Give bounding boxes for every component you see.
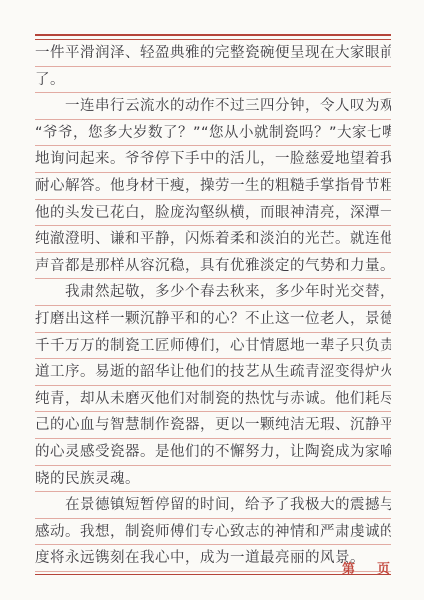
manuscript-line: 感动。我想，制瓷师傅们专心致志的神情和严肃虔诚的态 [35,519,391,546]
manuscript-line: 一连串行云流水的动作不过三四分钟，令人叹为观止。 [35,93,391,120]
page-suffix-label: 页 [377,562,390,577]
manuscript-line: 千千万万的制瓷工匠师傅们，心甘情愿地一辈子只负责一 [35,333,391,360]
manuscript-line: “爷爷，您多大岁数了？”“您从小就制瓷吗？”大家七嘴八舌 [35,120,391,147]
ruled-lines-block: 一件平滑润泽、轻盈典雅的完整瓷碗便呈现在大家眼前 了。 一连串行云流水的动作不过… [35,40,391,572]
manuscript-page: 一件平滑润泽、轻盈典雅的完整瓷碗便呈现在大家眼前 了。 一连串行云流水的动作不过… [0,0,424,600]
manuscript-line: 的心灵感受瓷器。是他们的不懈努力，让陶瓷成为家喻户 [35,439,391,466]
manuscript-line: 纯澈澄明、谦和平静，闪烁着柔和淡泊的光芒。就连他的 [35,226,391,253]
manuscript-line: 耐心解答。他身材干瘦，操劳一生的粗糙手掌指骨节粗大。 [35,173,391,200]
page-number-footer: 第页 [342,558,390,577]
manuscript-line: 声音都是那样从容沉稳，具有优雅淡定的气势和力量。 [35,253,391,280]
manuscript-line: 一件平滑润泽、轻盈典雅的完整瓷碗便呈现在大家眼前 [35,40,391,67]
manuscript-line: 纯青，却从未磨灭他们对制瓷的热忱与赤诚。他们耗尽自 [35,386,391,413]
manuscript-line: 度将永远镌刻在我心中，成为一道最亮丽的风景。 [35,545,391,572]
manuscript-line: 地询问起来。爷爷停下手中的活儿，一脸慈爱地望着我们， [35,146,391,173]
manuscript-line: 晓的民族灵魂。 [35,466,391,493]
manuscript-line: 道工序。易逝的韶华让他们的技艺从生疏青涩变得炉火 [35,359,391,386]
manuscript-line: 打磨出这样一颗沉静平和的心？不止这一位老人，景德镇 [35,306,391,333]
manuscript-line: 他的头发已花白，脸庞沟壑纵横，而眼神清亮，深潭一般 [35,200,391,227]
writing-area: 一件平滑润泽、轻盈典雅的完整瓷碗便呈现在大家眼前 了。 一连串行云流水的动作不过… [35,34,391,575]
bottom-double-rule-line [35,574,391,575]
manuscript-line: 我肃然起敬，多少个春去秋来，多少年时光交替，才能 [35,279,391,306]
manuscript-line: 了。 [35,67,391,94]
manuscript-line: 己的心血与智慧制作瓷器，更以一颗纯洁无瑕、沉静平和 [35,412,391,439]
manuscript-line: 在景德镇短暂停留的时间，给予了我极大的震撼与 [35,492,391,519]
page-prefix-label: 第 [342,562,355,577]
